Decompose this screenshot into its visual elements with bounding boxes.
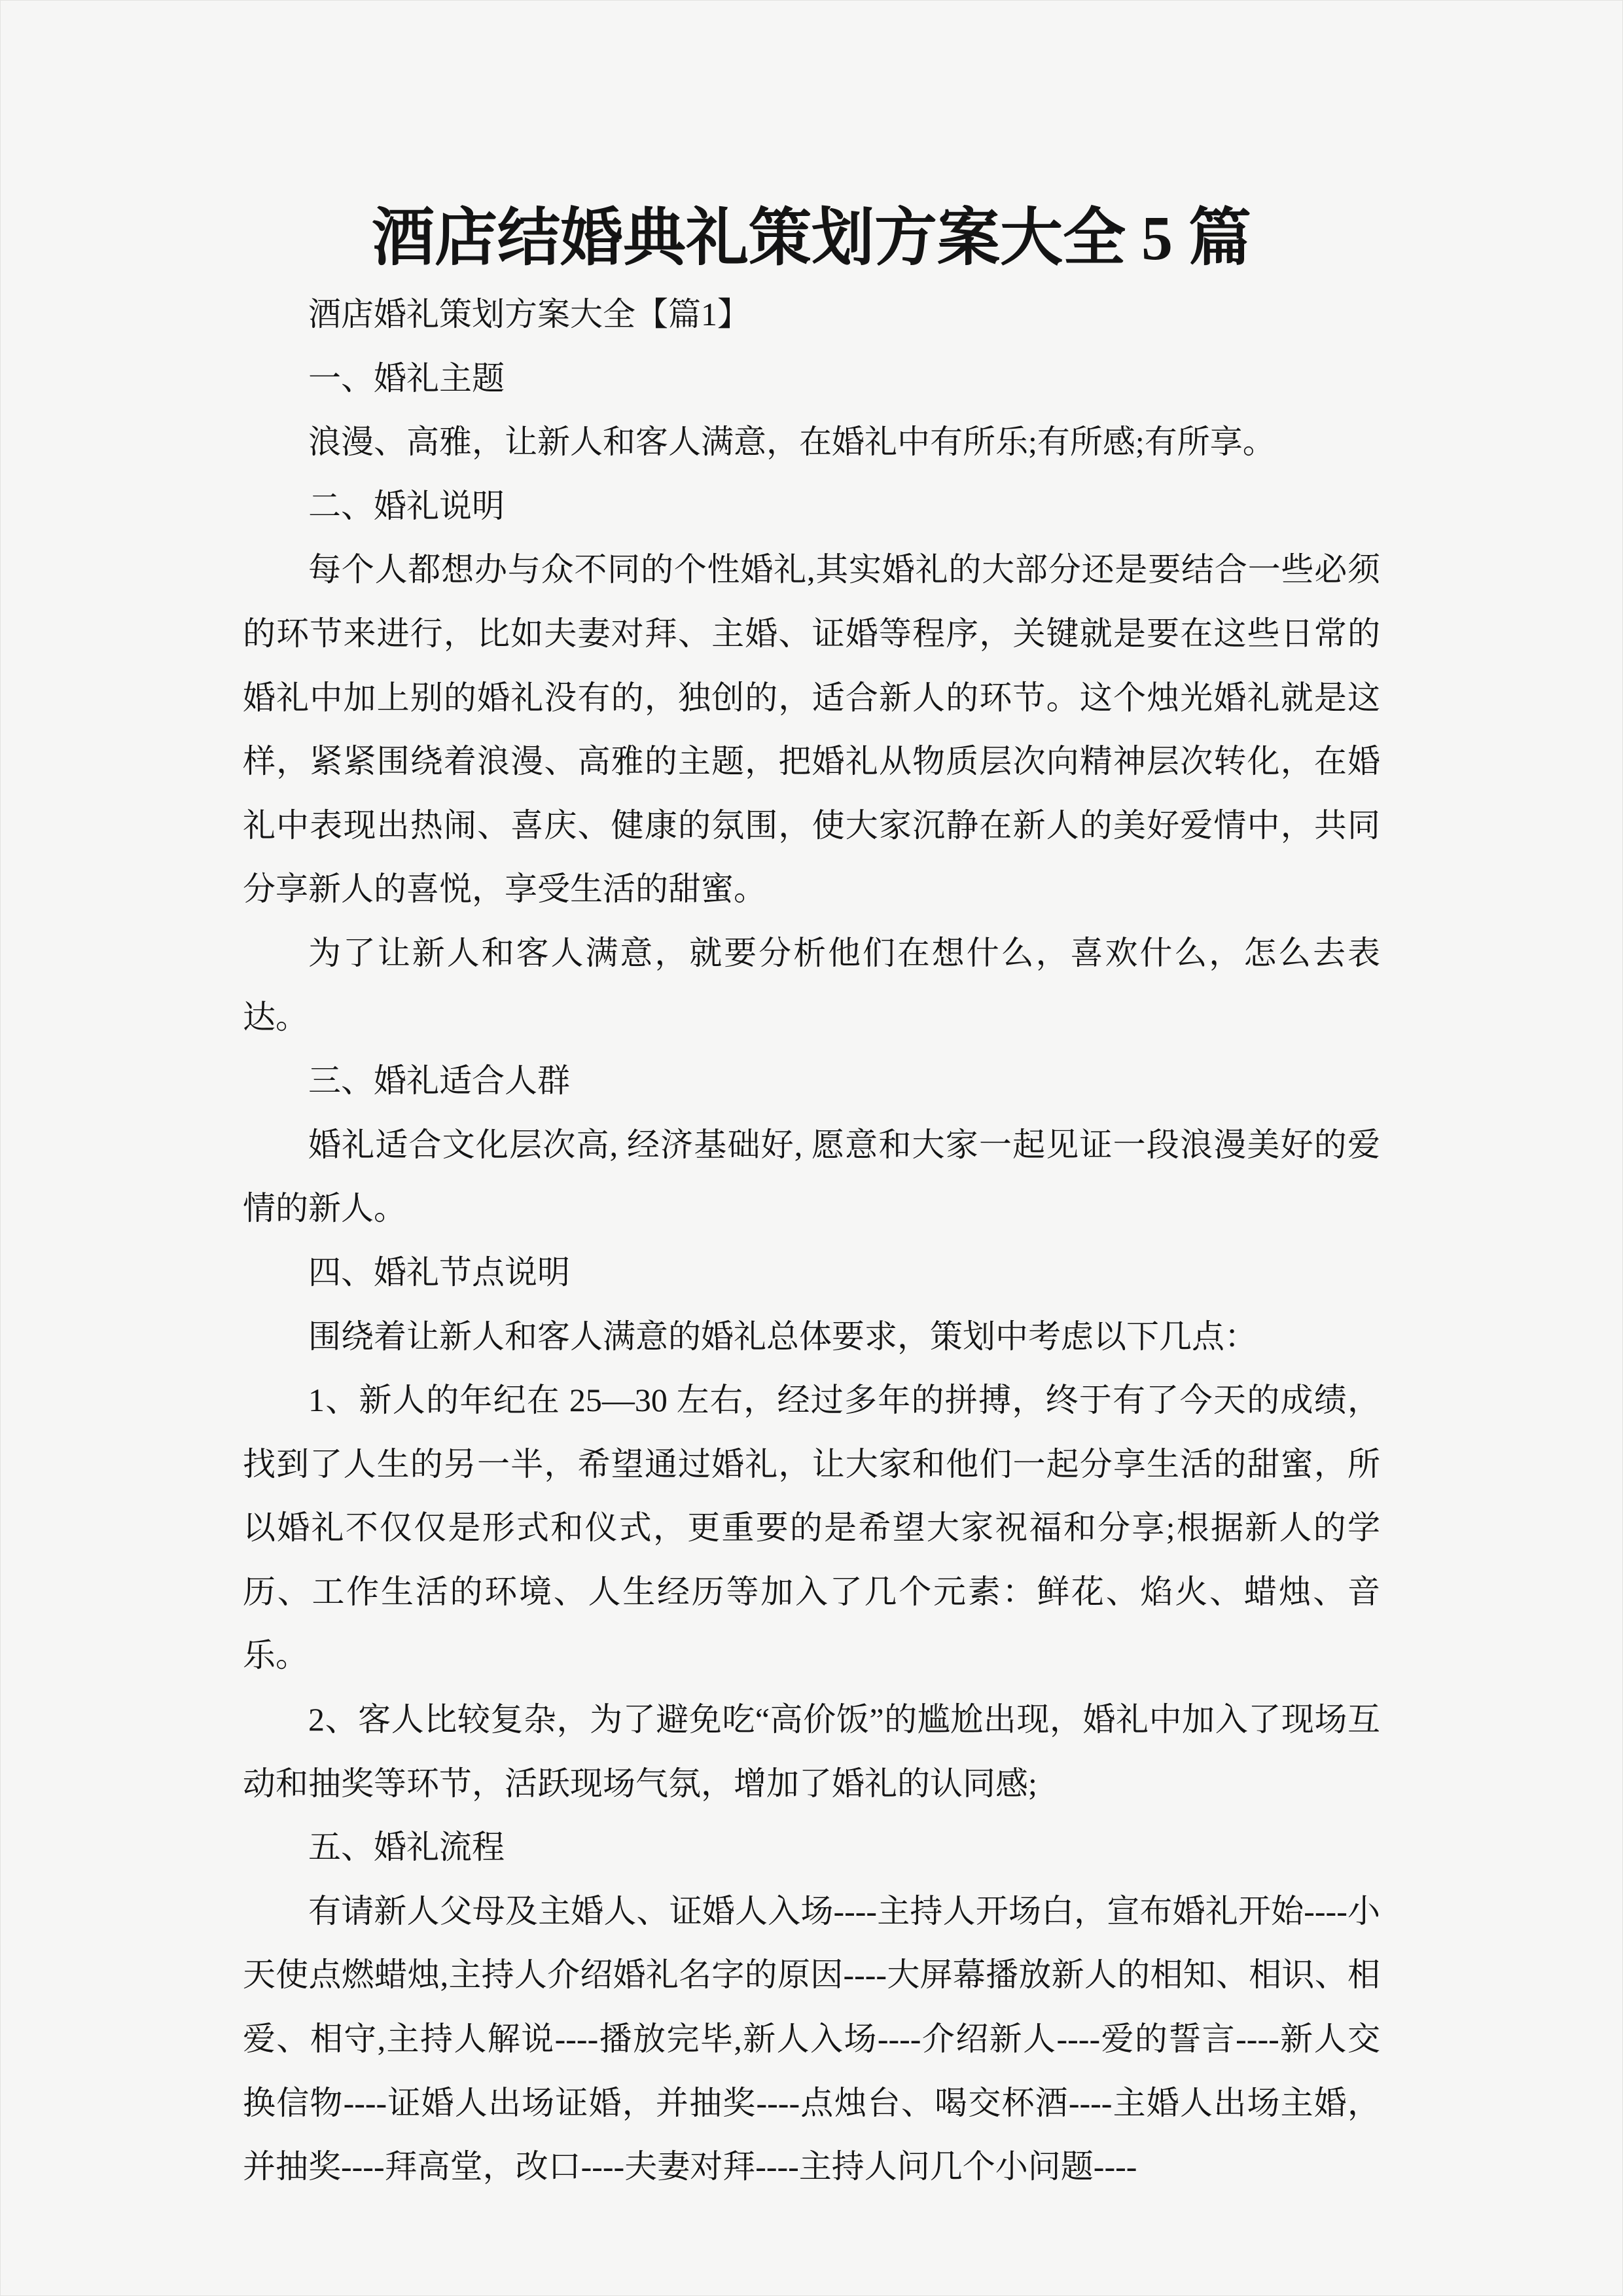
paragraph: 二、婚礼说明 [243,475,1380,539]
paragraph: 1、新人的年纪在 25—30 左右，经过多年的拼搏，终于有了今天的成绩，找到了人… [243,1369,1380,1688]
paragraph: 酒店婚礼策划方案大全【篇1】 [243,283,1380,347]
paragraph: 五、婚礼流程 [243,1816,1380,1880]
paragraph: 每个人都想办与众不同的个性婚礼,其实婚礼的大部分还是要结合一些必须的环节来进行，… [243,538,1380,922]
paragraph: 四、婚礼节点说明 [243,1241,1380,1305]
document-content: 酒店结婚典礼策划方案大全 5 篇 酒店婚礼策划方案大全【篇1】一、婚礼主题浪漫、… [1,1,1622,2199]
paragraph: 一、婚礼主题 [243,347,1380,411]
document-title: 酒店结婚典礼策划方案大全 5 篇 [243,196,1380,281]
paragraph: 有请新人父母及主婚人、证婚人入场----主持人开场白，宣布婚礼开始----小天使… [243,1880,1380,2199]
paragraph: 围绕着让新人和客人满意的婚礼总体要求，策划中考虑以下几点： [243,1305,1380,1369]
paragraph: 为了让新人和客人满意，就要分析他们在想什么，喜欢什么，怎么去表达。 [243,922,1380,1049]
paragraph: 三、婚礼适合人群 [243,1049,1380,1113]
paragraph: 婚礼适合文化层次高, 经济基础好, 愿意和大家一起见证一段浪漫美好的爱情的新人。 [243,1113,1380,1241]
paragraph: 浪漫、高雅，让新人和客人满意，在婚礼中有所乐;有所感;有所享。 [243,410,1380,475]
document-page: 酒店结婚典礼策划方案大全 5 篇 酒店婚礼策划方案大全【篇1】一、婚礼主题浪漫、… [0,0,1623,2296]
paragraphs: 酒店婚礼策划方案大全【篇1】一、婚礼主题浪漫、高雅，让新人和客人满意，在婚礼中有… [243,283,1380,2199]
paragraph: 2、客人比较复杂，为了避免吃“高价饭”的尴尬出现，婚礼中加入了现场互动和抽奖等环… [243,1688,1380,1816]
